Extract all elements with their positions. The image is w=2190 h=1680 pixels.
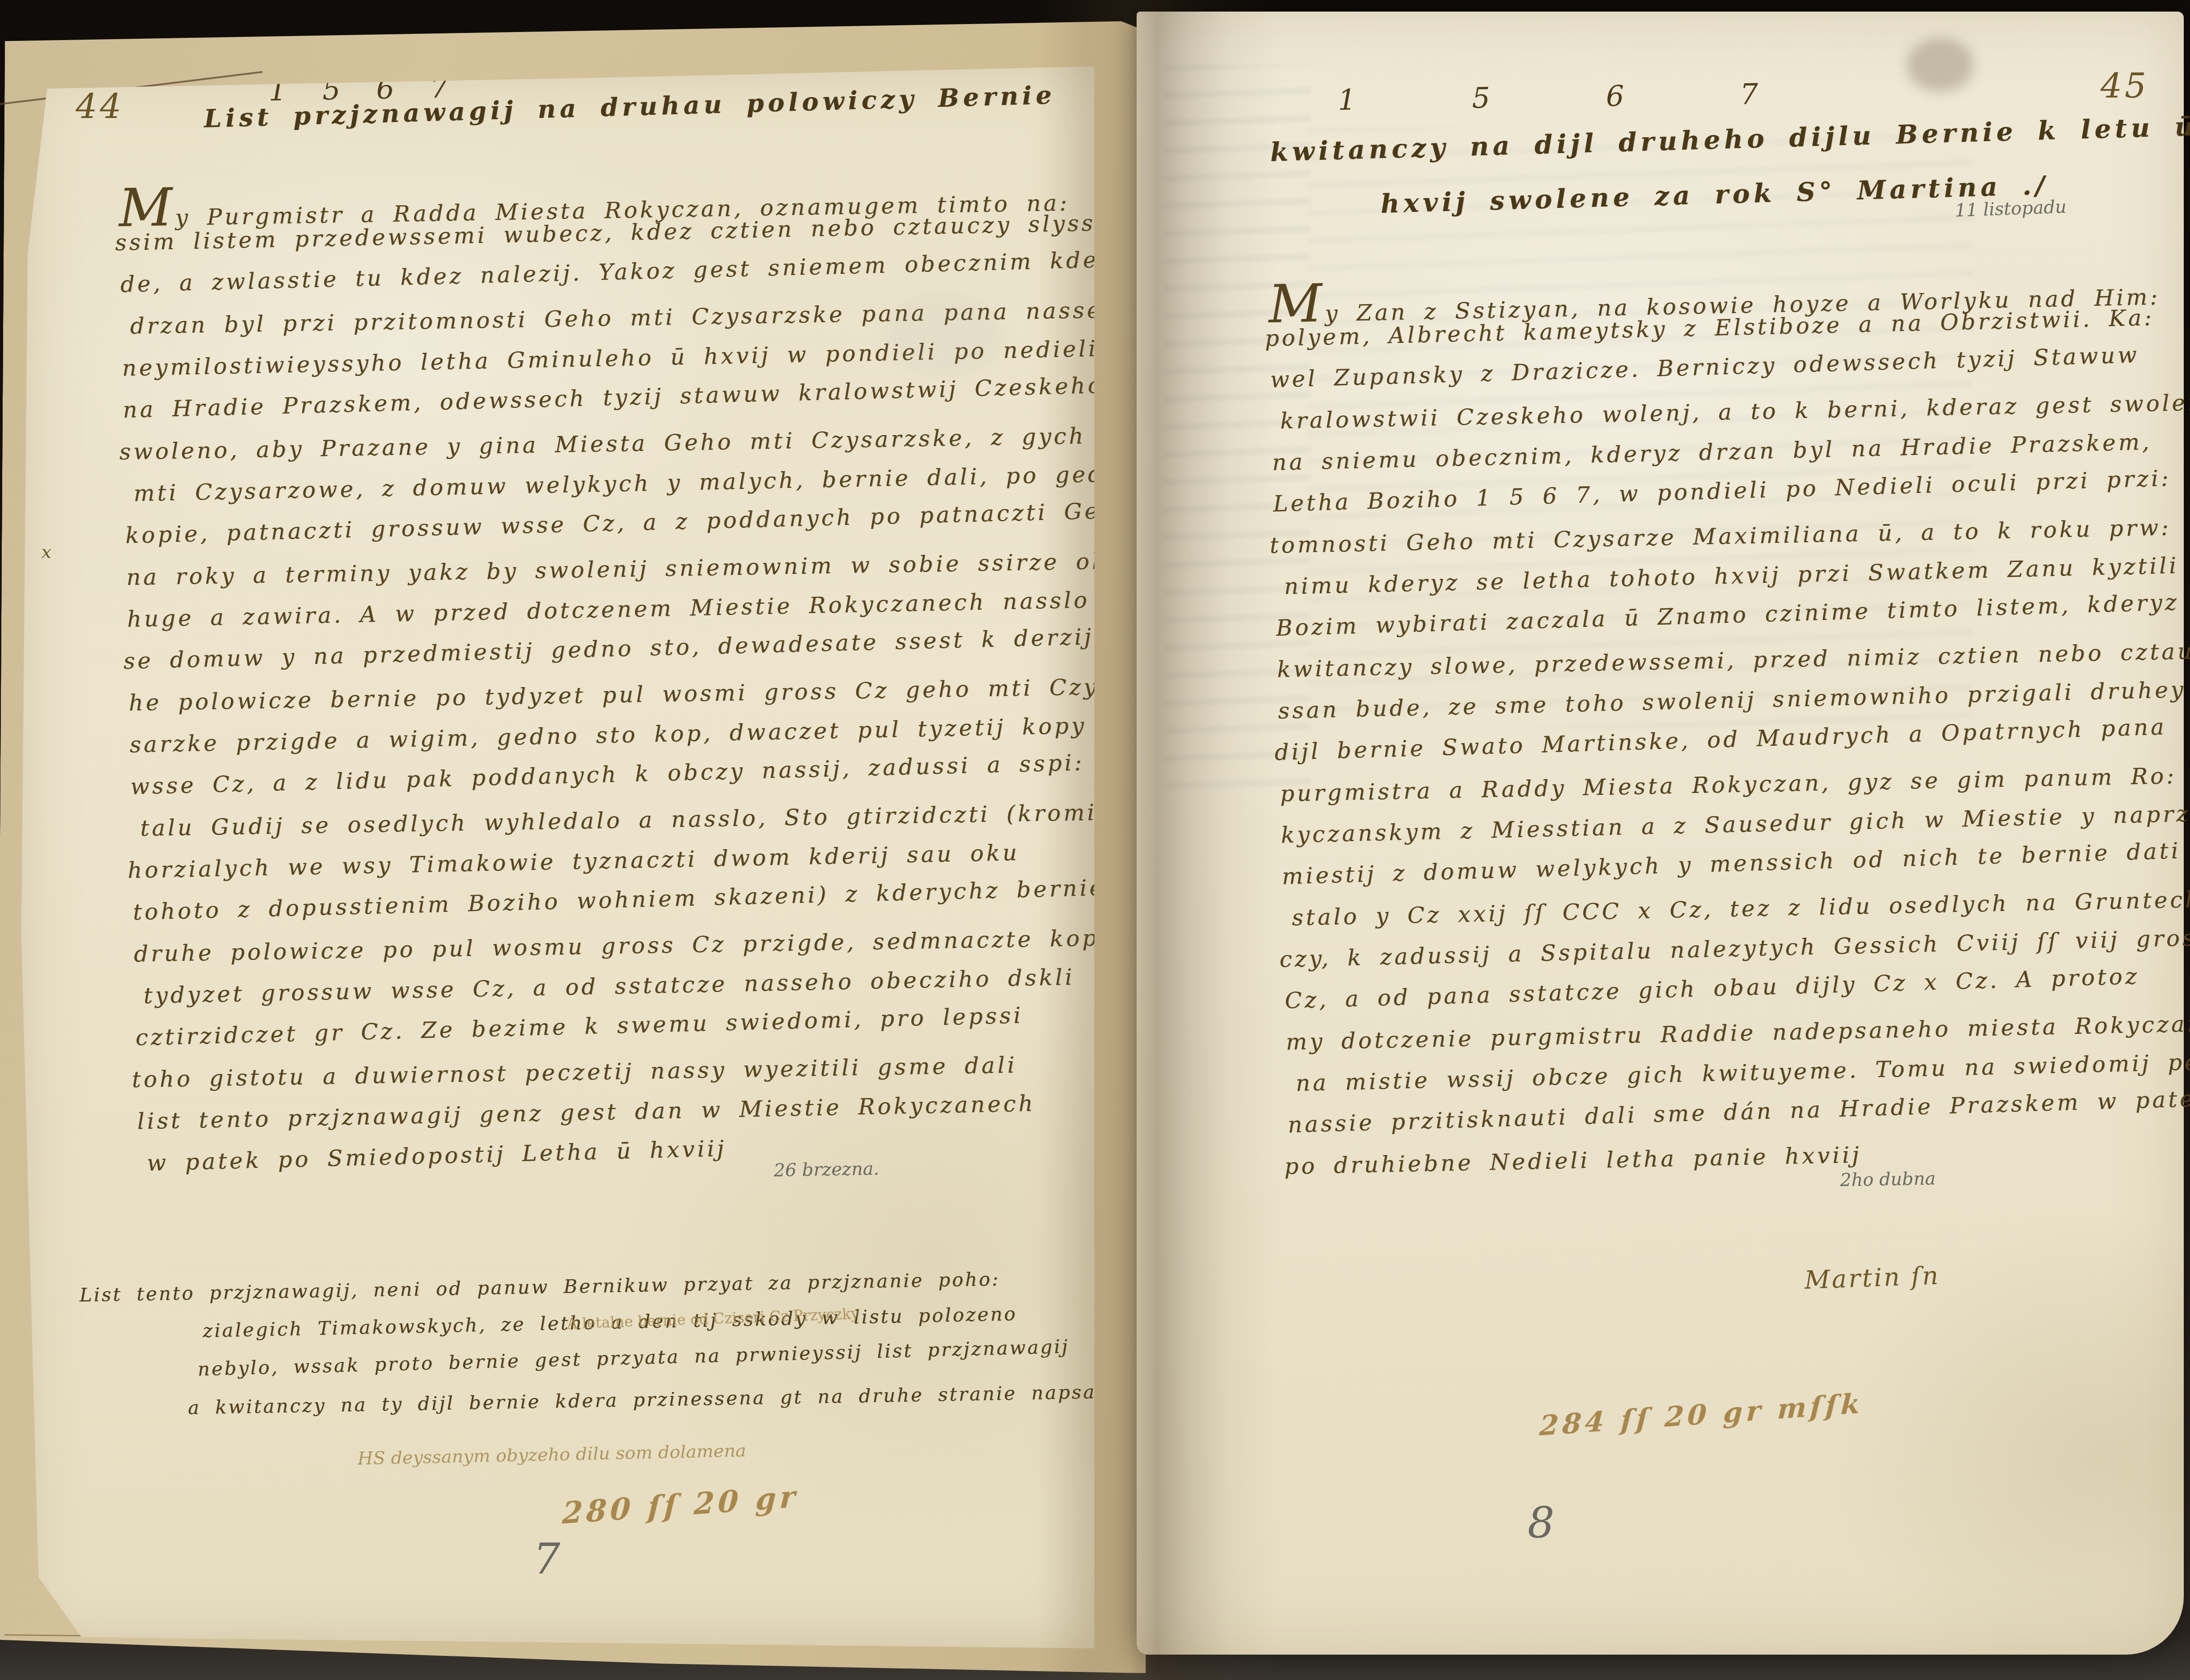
page-title-right-line2: hxvij swolene za rok S° Martina ./	[1380, 170, 2049, 219]
pencil-date-right: 2ho dubna	[1840, 1168, 1936, 1191]
margin-mark: x	[41, 542, 52, 562]
faded-archival-note: HS deyssanym obyzeho dilu som dolamena	[358, 1440, 747, 1469]
pencil-date-title-right: 11 listopadu	[1954, 197, 2067, 221]
page-title-right-line1: kwitanczy na dijl druheho dijlu Bernie k…	[1270, 111, 2190, 167]
sum-notation-left: 280 ſſ 20 gr	[561, 1480, 800, 1531]
signature: Martin ſn	[1804, 1261, 1941, 1295]
manuscript-spread: 44 1 5 6 7 List przjznawagij na druhau p…	[0, 0, 2190, 1680]
archival-number-left: 7	[533, 1535, 560, 1584]
right-body-text: My Zan z Sstizyan, na kosowie hoyze a Wo…	[1268, 262, 2190, 1195]
paper-stain	[1907, 38, 1974, 92]
archival-number-right: 8	[1528, 1499, 1554, 1548]
footnote-block: List tento przjznawagij, neni od panuw B…	[79, 1263, 1106, 1437]
right-page: 1 5 6 7 45 kwitanczy na dijl druheho dij…	[1137, 12, 2184, 1655]
folio-number-right: 45	[2101, 66, 2149, 106]
folio-number-left: 44	[76, 86, 124, 126]
year-heading-right: 1 5 6 7	[1338, 77, 1812, 117]
sum-notation-right: 284 ſſ 20 gr mſſk	[1539, 1387, 1864, 1442]
left-page: 44 1 5 6 7 List przjznawagij na druhau p…	[17, 63, 1094, 1648]
left-body-text: My Purgmistr a Radda Miesta Rokyczan, oz…	[118, 168, 1105, 1192]
pencil-date-left: 26 brzezna.	[774, 1159, 879, 1181]
